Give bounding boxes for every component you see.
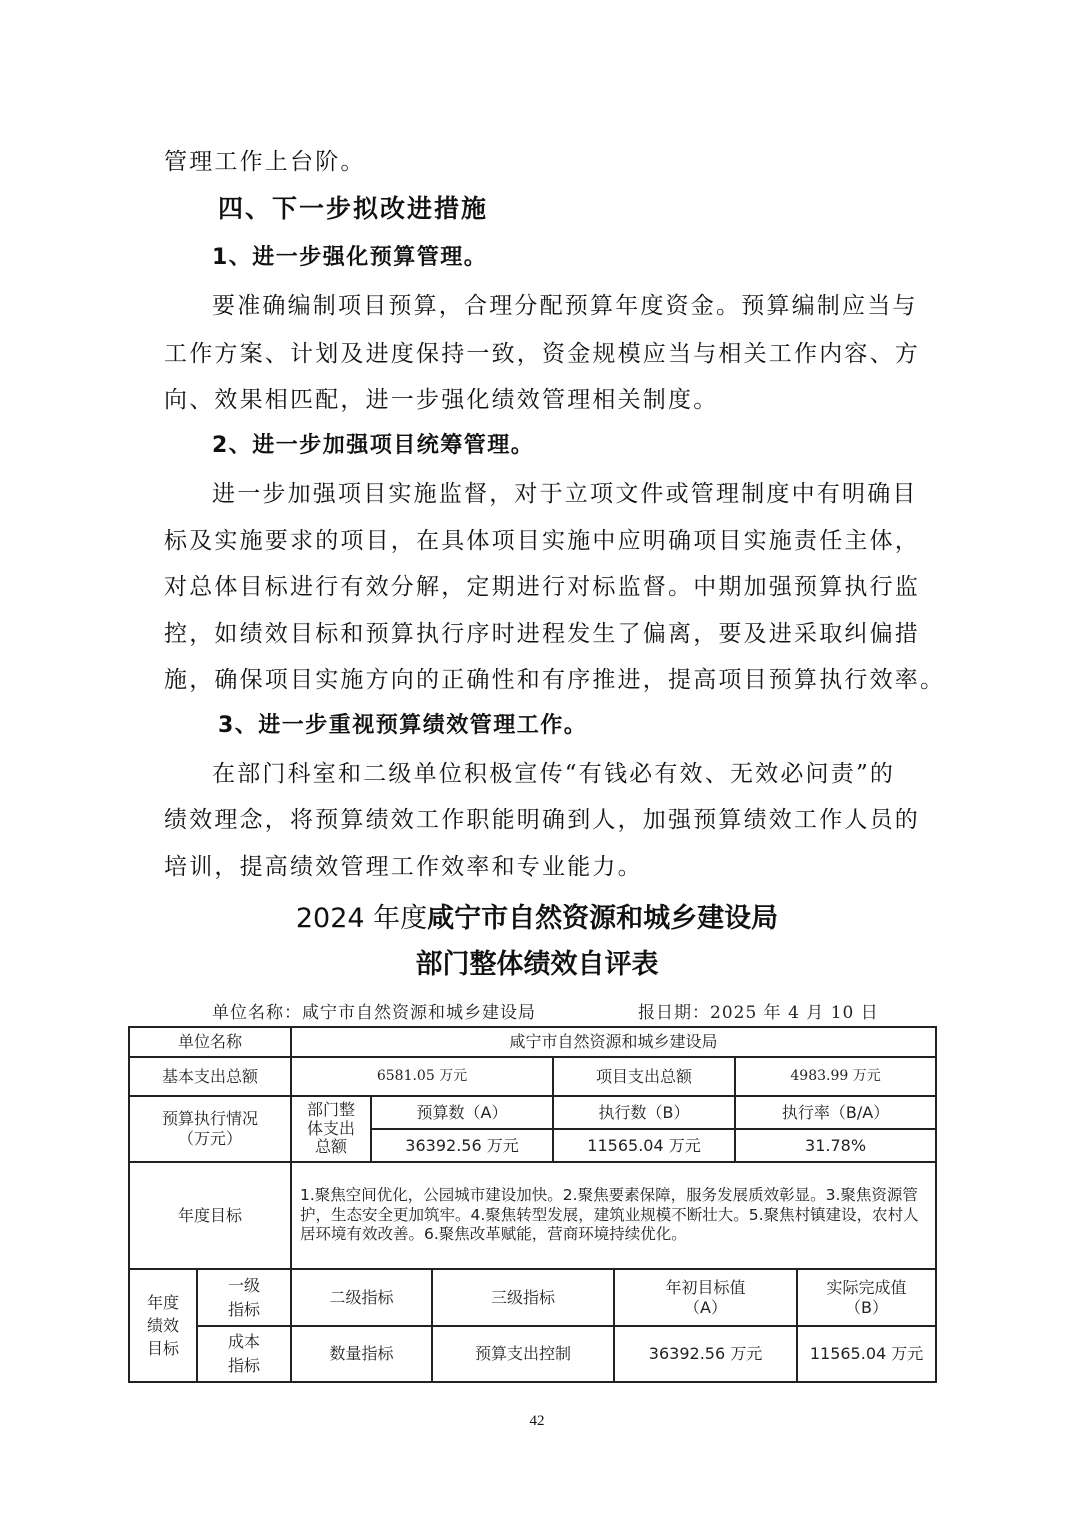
dept-total-label-line1: 部门整 xyxy=(292,1101,370,1119)
item2-line-5: 施，确保项目实施方向的正确性和有序推进，提高项目预算执行效率。 xyxy=(164,661,945,694)
header-level2: 二级指标 xyxy=(291,1269,432,1326)
perf-goal-label-line3: 目标 xyxy=(130,1337,196,1360)
row-actual: 11565.04 万元 xyxy=(797,1326,936,1382)
row-target: 36392.56 万元 xyxy=(614,1326,797,1382)
header-level3: 三级指标 xyxy=(432,1269,614,1326)
section-heading: 四、下一步拟改进措施 xyxy=(218,189,488,225)
item2-line-1: 进一步加强项目实施监督，对于立项文件或管理制度中有明确目 xyxy=(212,475,918,508)
exec-rate-value: 31.78% xyxy=(735,1129,936,1162)
item3-line-3: 培训，提高绩效管理工作效率和专业能力。 xyxy=(164,848,643,881)
item3-line-2: 绩效理念，将预算绩效工作职能明确到人，加强预算绩效工作人员的 xyxy=(164,801,920,834)
budget-exec-label-line1: 预算执行情况 xyxy=(130,1109,290,1129)
item2-line-3: 对总体目标进行有效分解，定期进行对标监督。中期加强预算执行监 xyxy=(164,568,920,601)
row-level1: 成本 指标 xyxy=(197,1326,291,1382)
annual-goal-text: 1.聚焦空间优化，公园城市建设加快。2.聚焦要素保障，服务发展质效彰显。3.聚焦… xyxy=(291,1162,936,1269)
performance-summary-table: 单位名称 咸宁市自然资源和城乡建设局 基本支出总额 6581.05 万元 项目支… xyxy=(128,1026,937,1383)
perf-goal-label-line1: 年度 xyxy=(130,1291,196,1314)
budget-exec-label: 预算执行情况 （万元） xyxy=(129,1096,291,1162)
unit-name-meta: 单位名称：咸宁市自然资源和城乡建设局 xyxy=(212,998,536,1023)
form-title-org: 咸宁市自然资源和城乡建设局 xyxy=(427,903,778,934)
item2-heading: 2、进一步加强项目统筹管理。 xyxy=(212,428,534,459)
exec-b-label: 执行数（B） xyxy=(553,1096,735,1129)
unit-name-label: 单位名称 xyxy=(129,1027,291,1057)
item2-line-2: 标及实施要求的项目，在具体项目实施中应明确项目实施责任主体， xyxy=(164,522,920,555)
header-actual-line2: （B） xyxy=(798,1298,935,1318)
form-subtitle: 部门整体绩效自评表 xyxy=(0,942,1074,981)
form-title: 2024 年度咸宁市自然资源和城乡建设局 xyxy=(0,896,1074,935)
row-level1-line2: 指标 xyxy=(198,1354,290,1378)
dept-total-label-line3: 总额 xyxy=(292,1138,370,1156)
dept-total-label: 部门整 体支出 总额 xyxy=(291,1096,371,1162)
project-expense-label: 项目支出总额 xyxy=(553,1057,735,1096)
row-level3: 预算支出控制 xyxy=(432,1326,614,1382)
row-level2: 数量指标 xyxy=(291,1326,432,1382)
budget-a-label: 预算数（A） xyxy=(371,1096,553,1129)
perf-goal-label: 年度 绩效 目标 xyxy=(129,1269,197,1382)
unit-name-value: 咸宁市自然资源和城乡建设局 xyxy=(291,1027,936,1057)
table-row: 成本 指标 数量指标 预算支出控制 36392.56 万元 11565.04 万… xyxy=(129,1326,936,1382)
header-actual: 实际完成值 （B） xyxy=(797,1269,936,1326)
item3-heading: 3、进一步重视预算绩效管理工作。 xyxy=(218,708,587,739)
header-target-line1: 年初目标值 xyxy=(615,1278,796,1298)
basic-expense-value: 6581.05 万元 xyxy=(291,1057,553,1096)
header-target: 年初目标值 （A） xyxy=(614,1269,797,1326)
basic-expense-label: 基本支出总额 xyxy=(129,1057,291,1096)
annual-goal-label: 年度目标 xyxy=(129,1162,291,1269)
row-level1-line1: 成本 xyxy=(198,1330,290,1354)
header-actual-line1: 实际完成值 xyxy=(798,1278,935,1298)
header-level1-line2: 指标 xyxy=(198,1298,290,1322)
header-level1: 一级 指标 xyxy=(197,1269,291,1326)
exec-b-value: 11565.04 万元 xyxy=(553,1129,735,1162)
form-title-year: 2024 年度 xyxy=(296,903,427,934)
page-number: 42 xyxy=(0,1413,1074,1430)
item1-line-2: 工作方案、计划及进度保持一致，资金规模应当与相关工作内容、方 xyxy=(164,335,920,368)
header-level1-line1: 一级 xyxy=(198,1274,290,1298)
exec-rate-label: 执行率（B/A） xyxy=(735,1096,936,1129)
report-date: 报日期：2025 年 4 月 10 日 xyxy=(638,998,879,1023)
perf-goal-label-line2: 绩效 xyxy=(130,1314,196,1337)
paragraph-continuation: 管理工作上台阶。 xyxy=(164,143,366,176)
header-target-line2: （A） xyxy=(615,1298,796,1318)
item1-line-1: 要准确编制项目预算，合理分配预算年度资金。预算编制应当与 xyxy=(212,287,918,320)
item2-line-4: 控，如绩效目标和预算执行序时进程发生了偏离，要及进采取纠偏措 xyxy=(164,615,920,648)
item1-line-3: 向、效果相匹配，进一步强化绩效管理相关制度。 xyxy=(164,381,718,414)
dept-total-label-line2: 体支出 xyxy=(292,1120,370,1138)
item3-line-1: 在部门科室和二级单位积极宣传“有钱必有效、无效必问责”的 xyxy=(212,755,895,788)
item1-heading: 1、进一步强化预算管理。 xyxy=(212,240,487,271)
budget-a-value: 36392.56 万元 xyxy=(371,1129,553,1162)
project-expense-value: 4983.99 万元 xyxy=(735,1057,936,1096)
budget-exec-label-line2: （万元） xyxy=(130,1129,290,1149)
